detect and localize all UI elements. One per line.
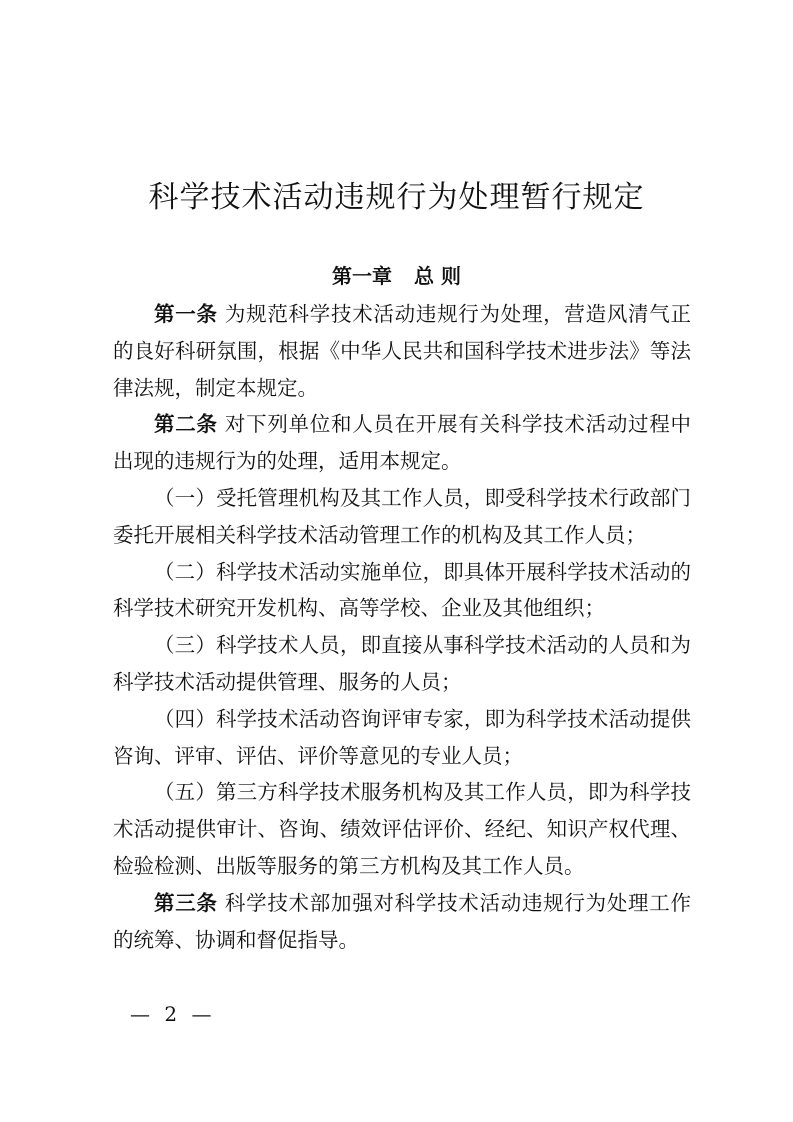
article-2: 第二条 对下列单位和人员在开展有关科学技术活动过程中出现的违规行为的处理，适用本… xyxy=(113,406,691,480)
chapter-number: 第一章 xyxy=(332,264,392,288)
clause-text: （三）科学技术人员，即直接从事科学技术活动的人员和为科学技术活动提供管理、服务的… xyxy=(113,633,691,694)
chapter-name: 总 则 xyxy=(414,264,461,288)
article-label: 第一条 xyxy=(154,302,218,326)
clause-3: （三）科学技术人员，即直接从事科学技术活动的人员和为科学技术活动提供管理、服务的… xyxy=(113,627,691,701)
article-label: 第三条 xyxy=(154,891,218,915)
article-3: 第三条 科学技术部加强对科学技术活动违规行为处理工作的统筹、协调和督促指导。 xyxy=(113,885,691,959)
document-body: 第一条 为规范科学技术活动违规行为处理，营造风清气正的良好科研氛围，根据《中华人… xyxy=(113,296,691,958)
clause-5: （五）第三方科学技术服务机构及其工作人员，即为科学技术活动提供审计、咨询、绩效评… xyxy=(113,774,691,884)
clause-text: （一）受托管理机构及其工作人员，即受科学技术行政部门委托开展相关科学技术活动管理… xyxy=(113,486,691,547)
chapter-heading: 第一章总 则 xyxy=(0,260,793,289)
clause-text: （四）科学技术活动咨询评审专家，即为科学技术活动提供咨询、评审、评估、评价等意见… xyxy=(113,707,691,768)
clause-2: （二）科学技术活动实施单位，即具体开展科学技术活动的科学技术研究开发机构、高等学… xyxy=(113,554,691,628)
clause-1: （一）受托管理机构及其工作人员，即受科学技术行政部门委托开展相关科学技术活动管理… xyxy=(113,480,691,554)
article-1: 第一条 为规范科学技术活动违规行为处理，营造风清气正的良好科研氛围，根据《中华人… xyxy=(113,296,691,406)
clause-4: （四）科学技术活动咨询评审专家，即为科学技术活动提供咨询、评审、评估、评价等意见… xyxy=(113,701,691,775)
document-title: 科学技术活动违规行为处理暂行规定 xyxy=(0,172,793,216)
clause-text: （五）第三方科学技术服务机构及其工作人员，即为科学技术活动提供审计、咨询、绩效评… xyxy=(113,780,691,878)
clause-text: （二）科学技术活动实施单位，即具体开展科学技术活动的科学技术研究开发机构、高等学… xyxy=(113,560,691,621)
article-label: 第二条 xyxy=(154,412,218,436)
page-number: — 2 — xyxy=(130,1002,215,1026)
